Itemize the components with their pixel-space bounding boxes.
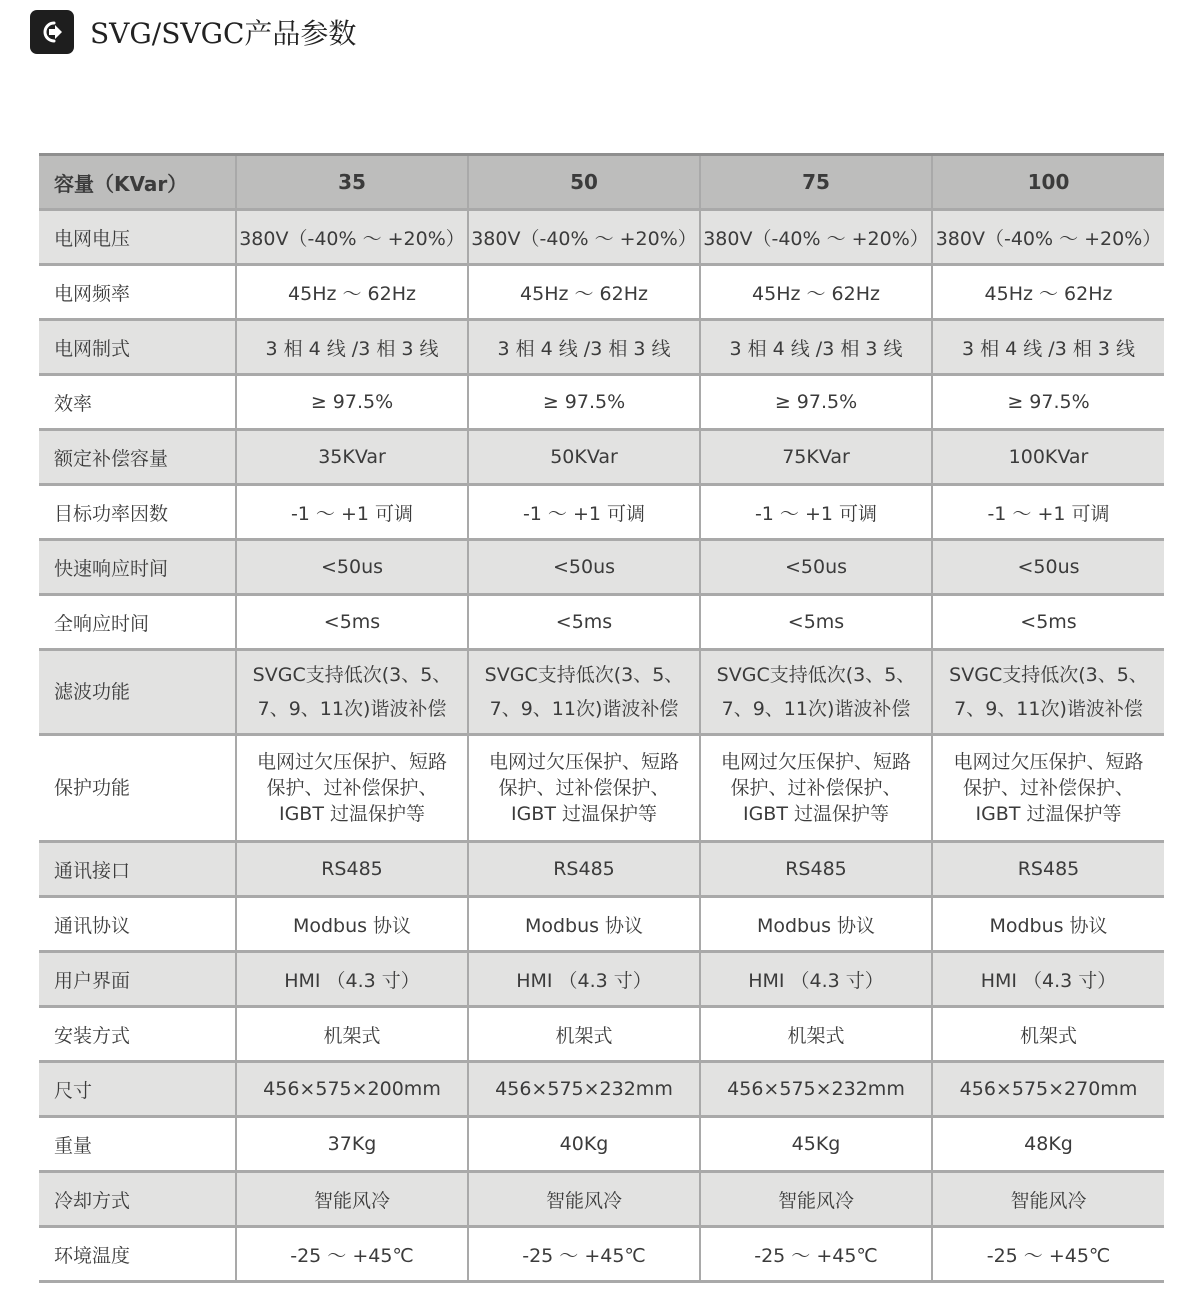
table-row: 用户界面HMI （4.3 寸）HMI （4.3 寸）HMI （4.3 寸）HMI… bbox=[39, 952, 1164, 1007]
table-cell: 100KVar bbox=[932, 430, 1164, 485]
cell-value: 45Hz ～ 62Hz bbox=[469, 279, 699, 306]
row-label: 保护功能 bbox=[39, 735, 236, 842]
table-cell: 48Kg bbox=[932, 1117, 1164, 1172]
table-cell: <50us bbox=[236, 540, 468, 595]
row-label: 电网频率 bbox=[39, 265, 236, 320]
table-cell: 智能风冷 bbox=[932, 1172, 1164, 1227]
cell-value: <5ms bbox=[933, 611, 1164, 633]
cell-value: <50us bbox=[469, 556, 699, 578]
row-label: 环境温度 bbox=[39, 1227, 236, 1282]
table-cell: -25 ～ +45℃ bbox=[236, 1227, 468, 1282]
cell-value: ≥ 97.5% bbox=[933, 391, 1164, 413]
table-cell: 45Kg bbox=[700, 1117, 932, 1172]
table-cell: 45Hz ～ 62Hz bbox=[700, 265, 932, 320]
table-cell: 3 相 4 线 /3 相 3 线 bbox=[468, 320, 700, 375]
table-cell: 智能风冷 bbox=[236, 1172, 468, 1227]
table-cell: 40Kg bbox=[468, 1117, 700, 1172]
table-row: 通讯接口RS485RS485RS485RS485 bbox=[39, 842, 1164, 897]
cell-value: -1 ～ +1 可调 bbox=[933, 499, 1164, 526]
table-cell: 智能风冷 bbox=[700, 1172, 932, 1227]
cell-value: Modbus 协议 bbox=[933, 911, 1164, 938]
table-cell: ≥ 97.5% bbox=[700, 375, 932, 430]
cell-value: 380V（-40% ～ +20%） bbox=[701, 224, 931, 251]
table-cell: HMI （4.3 寸） bbox=[700, 952, 932, 1007]
table-cell: 456×575×200mm bbox=[236, 1062, 468, 1117]
cell-value: 智能风冷 bbox=[701, 1186, 931, 1213]
table-cell: RS485 bbox=[700, 842, 932, 897]
table-cell: SVGC支持低次(3、5、 7、9、11次)谐波补偿 bbox=[932, 650, 1164, 735]
column-header: 75 bbox=[700, 155, 932, 210]
cell-value: 35KVar bbox=[237, 446, 467, 468]
table-cell: -25 ～ +45℃ bbox=[700, 1227, 932, 1282]
cell-value: 3 相 4 线 /3 相 3 线 bbox=[701, 334, 931, 361]
table-cell: <5ms bbox=[932, 595, 1164, 650]
table-cell: HMI （4.3 寸） bbox=[468, 952, 700, 1007]
cell-value: 40Kg bbox=[469, 1133, 699, 1155]
cell-value: <50us bbox=[701, 556, 931, 578]
table-cell: 37Kg bbox=[236, 1117, 468, 1172]
table-cell: 3 相 4 线 /3 相 3 线 bbox=[932, 320, 1164, 375]
cell-value: 智能风冷 bbox=[933, 1186, 1164, 1213]
cell-value: RS485 bbox=[237, 858, 467, 880]
cell-value: -1 ～ +1 可调 bbox=[237, 499, 467, 526]
table-cell: -1 ～ +1 可调 bbox=[700, 485, 932, 540]
cell-value: -1 ～ +1 可调 bbox=[701, 499, 931, 526]
cell-value: SVGC支持低次(3、5、 7、9、11次)谐波补偿 bbox=[237, 658, 467, 726]
row-label: 额定补偿容量 bbox=[39, 430, 236, 485]
section-header: SVG/SVGC产品参数 bbox=[30, 10, 356, 54]
cell-value: 45Hz ～ 62Hz bbox=[701, 279, 931, 306]
table-cell: 电网过欠压保护、短路 保护、过补偿保护、 IGBT 过温保护等 bbox=[700, 735, 932, 842]
cell-value: 456×575×270mm bbox=[933, 1078, 1164, 1100]
cell-value: 48Kg bbox=[933, 1133, 1164, 1155]
table-row: 快速响应时间<50us<50us<50us<50us bbox=[39, 540, 1164, 595]
table-cell: 45Hz ～ 62Hz bbox=[932, 265, 1164, 320]
cell-value: HMI （4.3 寸） bbox=[237, 966, 467, 993]
table-cell: 电网过欠压保护、短路 保护、过补偿保护、 IGBT 过温保护等 bbox=[236, 735, 468, 842]
cell-value: 电网过欠压保护、短路 保护、过补偿保护、 IGBT 过温保护等 bbox=[237, 749, 467, 827]
table-cell: ≥ 97.5% bbox=[236, 375, 468, 430]
arrow-exit-icon bbox=[30, 10, 74, 54]
cell-value: RS485 bbox=[701, 858, 931, 880]
table-cell: <5ms bbox=[700, 595, 932, 650]
table-row: 电网制式3 相 4 线 /3 相 3 线3 相 4 线 /3 相 3 线3 相 … bbox=[39, 320, 1164, 375]
row-label: 冷却方式 bbox=[39, 1172, 236, 1227]
table-row: 环境温度-25 ～ +45℃-25 ～ +45℃-25 ～ +45℃-25 ～ … bbox=[39, 1227, 1164, 1282]
cell-value: 380V（-40% ～ +20%） bbox=[237, 224, 467, 251]
table-cell: RS485 bbox=[468, 842, 700, 897]
cell-value: HMI （4.3 寸） bbox=[933, 966, 1164, 993]
table-cell: -1 ～ +1 可调 bbox=[468, 485, 700, 540]
cell-value: -1 ～ +1 可调 bbox=[469, 499, 699, 526]
table-row: 额定补偿容量35KVar50KVar75KVar100KVar bbox=[39, 430, 1164, 485]
table-cell: 电网过欠压保护、短路 保护、过补偿保护、 IGBT 过温保护等 bbox=[468, 735, 700, 842]
cell-value: 380V（-40% ～ +20%） bbox=[933, 224, 1164, 251]
table-cell: 380V（-40% ～ +20%） bbox=[236, 210, 468, 265]
row-label: 重量 bbox=[39, 1117, 236, 1172]
cell-value: 智能风冷 bbox=[469, 1186, 699, 1213]
cell-value: -25 ～ +45℃ bbox=[933, 1241, 1164, 1268]
table-cell: RS485 bbox=[932, 842, 1164, 897]
table-row: 目标功率因数-1 ～ +1 可调-1 ～ +1 可调-1 ～ +1 可调-1 ～… bbox=[39, 485, 1164, 540]
table-cell: -1 ～ +1 可调 bbox=[932, 485, 1164, 540]
cell-value: 45Kg bbox=[701, 1133, 931, 1155]
table-cell: <5ms bbox=[236, 595, 468, 650]
table-row: 保护功能电网过欠压保护、短路 保护、过补偿保护、 IGBT 过温保护等电网过欠压… bbox=[39, 735, 1164, 842]
table-cell: 456×575×270mm bbox=[932, 1062, 1164, 1117]
table-cell: 机架式 bbox=[236, 1007, 468, 1062]
table-cell: 3 相 4 线 /3 相 3 线 bbox=[236, 320, 468, 375]
table-cell: 456×575×232mm bbox=[468, 1062, 700, 1117]
table-cell: -25 ～ +45℃ bbox=[468, 1227, 700, 1282]
cell-value: Modbus 协议 bbox=[701, 911, 931, 938]
cell-value: 37Kg bbox=[237, 1133, 467, 1155]
cell-value: 机架式 bbox=[469, 1021, 699, 1048]
cell-value: 456×575×200mm bbox=[237, 1078, 467, 1100]
table-cell: <50us bbox=[700, 540, 932, 595]
cell-value: Modbus 协议 bbox=[469, 911, 699, 938]
table-cell: <5ms bbox=[468, 595, 700, 650]
cell-value: 机架式 bbox=[933, 1021, 1164, 1048]
table-cell: 50KVar bbox=[468, 430, 700, 485]
cell-value: SVGC支持低次(3、5、 7、9、11次)谐波补偿 bbox=[933, 658, 1164, 726]
cell-value: HMI （4.3 寸） bbox=[469, 966, 699, 993]
row-label: 尺寸 bbox=[39, 1062, 236, 1117]
table-row: 尺寸456×575×200mm456×575×232mm456×575×232m… bbox=[39, 1062, 1164, 1117]
cell-value: 45Hz ～ 62Hz bbox=[933, 279, 1164, 306]
cell-value: <5ms bbox=[469, 611, 699, 633]
table-cell: 机架式 bbox=[700, 1007, 932, 1062]
table-cell: 45Hz ～ 62Hz bbox=[468, 265, 700, 320]
table-cell: ≥ 97.5% bbox=[932, 375, 1164, 430]
table-cell: 45Hz ～ 62Hz bbox=[236, 265, 468, 320]
table-cell: RS485 bbox=[236, 842, 468, 897]
table-cell: 电网过欠压保护、短路 保护、过补偿保护、 IGBT 过温保护等 bbox=[932, 735, 1164, 842]
table-cell: 75KVar bbox=[700, 430, 932, 485]
cell-value: SVGC支持低次(3、5、 7、9、11次)谐波补偿 bbox=[469, 658, 699, 726]
cell-value: 机架式 bbox=[701, 1021, 931, 1048]
spec-table: 容量（KVar） 35 50 75 100 电网电压380V（-40% ～ +2… bbox=[39, 153, 1164, 1283]
table-cell: Modbus 协议 bbox=[700, 897, 932, 952]
table-cell: -25 ～ +45℃ bbox=[932, 1227, 1164, 1282]
cell-value: Modbus 协议 bbox=[237, 911, 467, 938]
cell-value: 75KVar bbox=[701, 446, 931, 468]
table-row: 效率≥ 97.5%≥ 97.5%≥ 97.5%≥ 97.5% bbox=[39, 375, 1164, 430]
table-cell: HMI （4.3 寸） bbox=[932, 952, 1164, 1007]
cell-value: 3 相 4 线 /3 相 3 线 bbox=[237, 334, 467, 361]
row-label: 安装方式 bbox=[39, 1007, 236, 1062]
cell-value: 电网过欠压保护、短路 保护、过补偿保护、 IGBT 过温保护等 bbox=[701, 749, 931, 827]
table-cell: 380V（-40% ～ +20%） bbox=[700, 210, 932, 265]
row-label: 通讯协议 bbox=[39, 897, 236, 952]
table-cell: 35KVar bbox=[236, 430, 468, 485]
cell-value: SVGC支持低次(3、5、 7、9、11次)谐波补偿 bbox=[701, 658, 931, 726]
cell-value: -25 ～ +45℃ bbox=[469, 1241, 699, 1268]
table-row: 全响应时间<5ms<5ms<5ms<5ms bbox=[39, 595, 1164, 650]
table-cell: 380V（-40% ～ +20%） bbox=[932, 210, 1164, 265]
table-row: 通讯协议Modbus 协议Modbus 协议Modbus 协议Modbus 协议 bbox=[39, 897, 1164, 952]
cell-value: 100KVar bbox=[933, 446, 1164, 468]
row-label: 电网电压 bbox=[39, 210, 236, 265]
table-row: 安装方式机架式机架式机架式机架式 bbox=[39, 1007, 1164, 1062]
table-header-row: 容量（KVar） 35 50 75 100 bbox=[39, 155, 1164, 210]
row-label: 全响应时间 bbox=[39, 595, 236, 650]
cell-value: -25 ～ +45℃ bbox=[237, 1241, 467, 1268]
table-cell: -1 ～ +1 可调 bbox=[236, 485, 468, 540]
table-cell: 机架式 bbox=[468, 1007, 700, 1062]
cell-value: RS485 bbox=[469, 858, 699, 880]
table-cell: <50us bbox=[468, 540, 700, 595]
table-cell: ≥ 97.5% bbox=[468, 375, 700, 430]
table-cell: Modbus 协议 bbox=[468, 897, 700, 952]
table-cell: HMI （4.3 寸） bbox=[236, 952, 468, 1007]
page-title: SVG/SVGC产品参数 bbox=[90, 12, 356, 52]
row-label: 效率 bbox=[39, 375, 236, 430]
table-cell: 智能风冷 bbox=[468, 1172, 700, 1227]
cell-value: 456×575×232mm bbox=[469, 1078, 699, 1100]
cell-value: 3 相 4 线 /3 相 3 线 bbox=[933, 334, 1164, 361]
row-label: 滤波功能 bbox=[39, 650, 236, 735]
row-label: 通讯接口 bbox=[39, 842, 236, 897]
table-row: 电网频率45Hz ～ 62Hz45Hz ～ 62Hz45Hz ～ 62Hz45H… bbox=[39, 265, 1164, 320]
cell-value: 智能风冷 bbox=[237, 1186, 467, 1213]
column-header: 100 bbox=[932, 155, 1164, 210]
row-label: 目标功率因数 bbox=[39, 485, 236, 540]
table-cell: SVGC支持低次(3、5、 7、9、11次)谐波补偿 bbox=[700, 650, 932, 735]
cell-value: <5ms bbox=[237, 611, 467, 633]
cell-value: 机架式 bbox=[237, 1021, 467, 1048]
table-cell: Modbus 协议 bbox=[236, 897, 468, 952]
cell-value: 456×575×232mm bbox=[701, 1078, 931, 1100]
cell-value: 电网过欠压保护、短路 保护、过补偿保护、 IGBT 过温保护等 bbox=[933, 749, 1164, 827]
column-header: 50 bbox=[468, 155, 700, 210]
table-row: 滤波功能SVGC支持低次(3、5、 7、9、11次)谐波补偿SVGC支持低次(3… bbox=[39, 650, 1164, 735]
cell-value: HMI （4.3 寸） bbox=[701, 966, 931, 993]
cell-value: ≥ 97.5% bbox=[469, 391, 699, 413]
row-label: 电网制式 bbox=[39, 320, 236, 375]
cell-value: <50us bbox=[933, 556, 1164, 578]
table-row: 冷却方式智能风冷智能风冷智能风冷智能风冷 bbox=[39, 1172, 1164, 1227]
table-cell: SVGC支持低次(3、5、 7、9、11次)谐波补偿 bbox=[236, 650, 468, 735]
cell-value: ≥ 97.5% bbox=[237, 391, 467, 413]
table-cell: <50us bbox=[932, 540, 1164, 595]
table-cell: 380V（-40% ～ +20%） bbox=[468, 210, 700, 265]
table-cell: 456×575×232mm bbox=[700, 1062, 932, 1117]
column-header: 容量（KVar） bbox=[39, 155, 236, 210]
row-label: 快速响应时间 bbox=[39, 540, 236, 595]
cell-value: -25 ～ +45℃ bbox=[701, 1241, 931, 1268]
cell-value: 380V（-40% ～ +20%） bbox=[469, 224, 699, 251]
table-cell: SVGC支持低次(3、5、 7、9、11次)谐波补偿 bbox=[468, 650, 700, 735]
table-cell: Modbus 协议 bbox=[932, 897, 1164, 952]
cell-value: <5ms bbox=[701, 611, 931, 633]
cell-value: 50KVar bbox=[469, 446, 699, 468]
cell-value: ≥ 97.5% bbox=[701, 391, 931, 413]
table-row: 电网电压380V（-40% ～ +20%）380V（-40% ～ +20%）38… bbox=[39, 210, 1164, 265]
cell-value: <50us bbox=[237, 556, 467, 578]
cell-value: 3 相 4 线 /3 相 3 线 bbox=[469, 334, 699, 361]
table-cell: 3 相 4 线 /3 相 3 线 bbox=[700, 320, 932, 375]
cell-value: 电网过欠压保护、短路 保护、过补偿保护、 IGBT 过温保护等 bbox=[469, 749, 699, 827]
column-header: 35 bbox=[236, 155, 468, 210]
row-label: 用户界面 bbox=[39, 952, 236, 1007]
cell-value: 45Hz ～ 62Hz bbox=[237, 279, 467, 306]
table-cell: 机架式 bbox=[932, 1007, 1164, 1062]
table-row: 重量37Kg40Kg45Kg48Kg bbox=[39, 1117, 1164, 1172]
cell-value: RS485 bbox=[933, 858, 1164, 880]
